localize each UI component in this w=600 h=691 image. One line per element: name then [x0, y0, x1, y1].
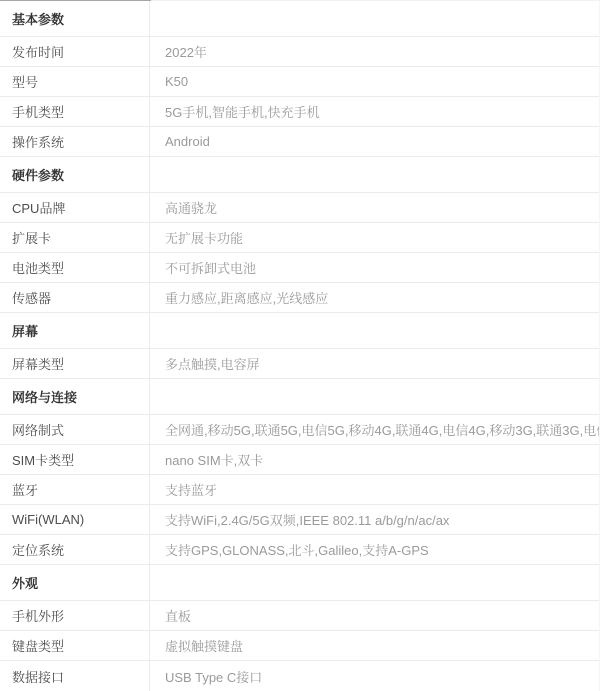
spec-row: 传感器重力感应,距离感应,光线感应: [0, 283, 599, 313]
spec-row: 手机类型5G手机,智能手机,快充手机: [0, 97, 599, 127]
spec-value: 无扩展卡功能: [150, 223, 599, 252]
spec-label: 手机外形: [0, 601, 150, 630]
section-title: 基本参数: [0, 1, 150, 36]
section-header-row: 外观: [0, 565, 599, 601]
spec-value: USB Type C接口: [150, 661, 599, 691]
spec-value: 支持WiFi,2.4G/5G双频,IEEE 802.11 a/b/g/n/ac/…: [150, 505, 599, 534]
spec-label: 电池类型: [0, 253, 150, 282]
spec-value: 重力感应,距离感应,光线感应: [150, 283, 599, 312]
spec-row: 蓝牙支持蓝牙: [0, 475, 599, 505]
spec-row: WiFi(WLAN)支持WiFi,2.4G/5G双频,IEEE 802.11 a…: [0, 505, 599, 535]
spec-row: 型号K50: [0, 67, 599, 97]
section-spacer: [150, 379, 599, 414]
section-title: 硬件参数: [0, 157, 150, 192]
spec-row: 屏幕类型多点触摸,电容屏: [0, 349, 599, 379]
spec-row: 电池类型不可拆卸式电池: [0, 253, 599, 283]
spec-label: WiFi(WLAN): [0, 505, 150, 534]
spec-value: nano SIM卡,双卡: [150, 445, 599, 474]
spec-label: 型号: [0, 67, 150, 96]
spec-label: CPU品牌: [0, 193, 150, 222]
section-spacer: [150, 313, 599, 348]
spec-label: 蓝牙: [0, 475, 150, 504]
spec-value: 多点触摸,电容屏: [150, 349, 599, 378]
spec-value: 不可拆卸式电池: [150, 253, 599, 282]
spec-value: 5G手机,智能手机,快充手机: [150, 97, 599, 126]
spec-row: 扩展卡无扩展卡功能: [0, 223, 599, 253]
spec-label: 数据接口: [0, 661, 150, 691]
spec-label: SIM卡类型: [0, 445, 150, 474]
spec-value: 高通骁龙: [150, 193, 599, 222]
spec-row: 操作系统Android: [0, 127, 599, 157]
spec-row: SIM卡类型nano SIM卡,双卡: [0, 445, 599, 475]
spec-value: K50: [150, 67, 599, 96]
spec-value: Android: [150, 127, 599, 156]
spec-label: 网络制式: [0, 415, 150, 444]
spec-row: 网络制式全网通,移动5G,联通5G,电信5G,移动4G,联通4G,电信4G,移动…: [0, 415, 599, 445]
spec-value: 2022年: [150, 37, 599, 66]
section-header-row: 基本参数: [0, 1, 599, 37]
top-accent-line: [0, 0, 151, 1]
section-title: 屏幕: [0, 313, 150, 348]
section-header-row: 硬件参数: [0, 157, 599, 193]
section-header-row: 网络与连接: [0, 379, 599, 415]
spec-row: 发布时间2022年: [0, 37, 599, 67]
section-spacer: [150, 1, 599, 36]
spec-row: 数据接口USB Type C接口: [0, 661, 599, 691]
spec-table-rows: 基本参数发布时间2022年型号K50手机类型5G手机,智能手机,快充手机操作系统…: [0, 1, 599, 691]
spec-value: 支持蓝牙: [150, 475, 599, 504]
section-title: 外观: [0, 565, 150, 600]
spec-value: 虚拟触摸键盘: [150, 631, 599, 660]
spec-label: 键盘类型: [0, 631, 150, 660]
spec-value: 全网通,移动5G,联通5G,电信5G,移动4G,联通4G,电信4G,移动3G,联…: [150, 415, 599, 444]
spec-row: CPU品牌高通骁龙: [0, 193, 599, 223]
section-title: 网络与连接: [0, 379, 150, 414]
spec-table: 基本参数发布时间2022年型号K50手机类型5G手机,智能手机,快充手机操作系统…: [0, 0, 600, 691]
spec-label: 手机类型: [0, 97, 150, 126]
spec-row: 手机外形直板: [0, 601, 599, 631]
section-spacer: [150, 565, 599, 600]
spec-label: 传感器: [0, 283, 150, 312]
spec-label: 定位系统: [0, 535, 150, 564]
spec-label: 操作系统: [0, 127, 150, 156]
section-header-row: 屏幕: [0, 313, 599, 349]
spec-label: 屏幕类型: [0, 349, 150, 378]
section-spacer: [150, 157, 599, 192]
spec-row: 键盘类型虚拟触摸键盘: [0, 631, 599, 661]
spec-label: 发布时间: [0, 37, 150, 66]
spec-row: 定位系统支持GPS,GLONASS,北斗,Galileo,支持A-GPS: [0, 535, 599, 565]
spec-label: 扩展卡: [0, 223, 150, 252]
spec-value: 支持GPS,GLONASS,北斗,Galileo,支持A-GPS: [150, 535, 599, 564]
spec-value: 直板: [150, 601, 599, 630]
